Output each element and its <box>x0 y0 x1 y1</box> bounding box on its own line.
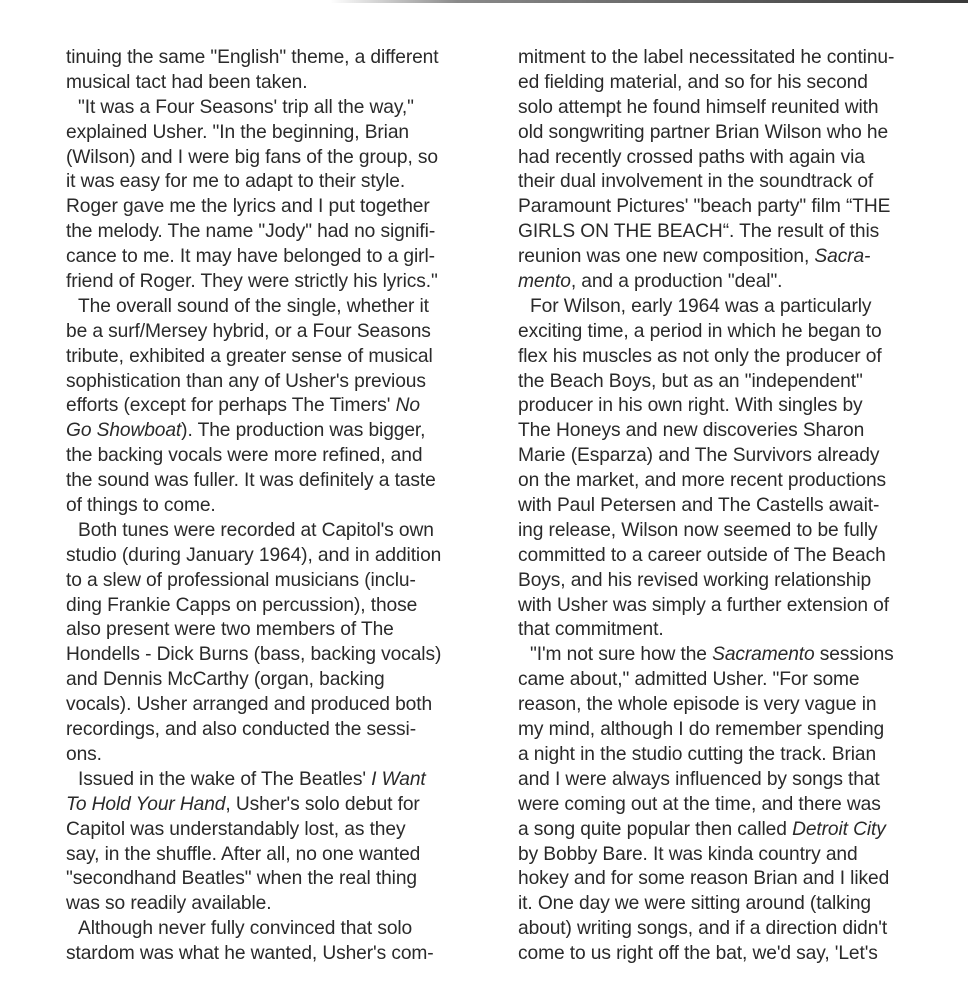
body-text: on the market, and more recent productio… <box>518 470 886 491</box>
text-line: also present were two members of The <box>66 618 506 643</box>
body-text: studio (during January 1964), and in add… <box>66 545 441 566</box>
paragraph-start-line: "I'm not sure how the Sacramento session… <box>518 643 958 668</box>
body-text: Roger gave me the lyrics and I put toget… <box>66 196 430 217</box>
body-text: Capitol was understandably lost, as they <box>66 819 405 840</box>
text-line: "secondhand Beatles" when the real thing <box>66 867 506 892</box>
body-text: vocals). Usher arranged and produced bot… <box>66 694 432 715</box>
body-text: musical tact had been taken. <box>66 72 307 93</box>
text-line: was so readily available. <box>66 892 506 917</box>
body-text: Boys, and his revised working relationsh… <box>518 570 871 591</box>
text-line: ding Frankie Capps on percussion), those <box>66 594 506 619</box>
text-line: it was easy for me to adapt to their sty… <box>66 170 506 195</box>
body-text: Both tunes were recorded at Capitol's ow… <box>78 520 434 541</box>
body-text: recordings, and also conducted the sessi… <box>66 719 416 740</box>
text-line: explained Usher. "In the beginning, Bria… <box>66 121 506 146</box>
text-line: GIRLS ON THE BEACH“. The result of this <box>518 220 958 245</box>
text-line: had recently crossed paths with again vi… <box>518 146 958 171</box>
body-text: For Wilson, early 1964 was a particularl… <box>530 296 871 317</box>
body-text: came about," admitted Usher. "For some <box>518 669 860 690</box>
text-line: old songwriting partner Brian Wilson who… <box>518 121 958 146</box>
text-line: Marie (Esparza) and The Survivors alread… <box>518 444 958 469</box>
body-text: come to us right off the bat, we'd say, … <box>518 943 878 964</box>
body-text: to a slew of professional musicians (inc… <box>66 570 416 591</box>
text-line: friend of Roger. They were strictly his … <box>66 270 506 295</box>
body-text: flex his muscles as not only the produce… <box>518 346 882 367</box>
body-text: with Usher was simply a further extensio… <box>518 595 889 616</box>
text-line: mitment to the label necessitated he con… <box>518 46 958 71</box>
body-text: that commitment. <box>518 619 664 640</box>
text-line: that commitment. <box>518 618 958 643</box>
text-line: say, in the shuffle. After all, no one w… <box>66 843 506 868</box>
body-text: were coming out at the time, and there w… <box>518 794 881 815</box>
body-text: reason, the whole episode is very vague … <box>518 694 876 715</box>
text-column-right: mitment to the label necessitated he con… <box>518 46 958 967</box>
text-line: exciting time, a period in which he bega… <box>518 320 958 345</box>
body-text: old songwriting partner Brian Wilson who… <box>518 122 888 143</box>
body-text: my mind, although I do remember spending <box>518 719 884 740</box>
text-line: the backing vocals were more refined, an… <box>66 444 506 469</box>
text-line: ing release, Wilson now seemed to be ful… <box>518 519 958 544</box>
body-text: tinuing the same "English" theme, a diff… <box>66 47 439 68</box>
text-line: (Wilson) and I were big fans of the grou… <box>66 146 506 171</box>
body-text: also present were two members of The <box>66 619 394 640</box>
body-text: ons. <box>66 744 102 765</box>
italic-title-text: Go Showboat <box>66 420 181 441</box>
body-text: committed to a career outside of The Bea… <box>518 545 886 566</box>
body-text: Issued in the wake of The Beatles' <box>78 769 371 790</box>
text-line: reason, the whole episode is very vague … <box>518 693 958 718</box>
italic-title-text: Sacra- <box>814 246 870 267</box>
body-text: Hondells - Dick Burns (bass, backing voc… <box>66 644 441 665</box>
italic-title-text: Sacramento <box>712 644 814 665</box>
body-text: ). The production was bigger, <box>181 420 425 441</box>
text-line: by Bobby Bare. It was kinda country and <box>518 843 958 868</box>
text-line: To Hold Your Hand, Usher's solo debut fo… <box>66 793 506 818</box>
body-text: by Bobby Bare. It was kinda country and <box>518 844 858 865</box>
body-text: with Paul Petersen and The Castells awai… <box>518 495 879 516</box>
body-text: Paramount Pictures' "beach party" film “… <box>518 196 890 217</box>
paragraph-start-line: Although never fully convinced that solo <box>66 917 506 942</box>
text-line: efforts (except for perhaps The Timers' … <box>66 394 506 419</box>
italic-title-text: No <box>396 395 420 416</box>
body-text: friend of Roger. They were strictly his … <box>66 271 438 292</box>
body-text: a song quite popular then called <box>518 819 792 840</box>
text-line: the melody. The name "Jody" had no signi… <box>66 220 506 245</box>
text-line: flex his muscles as not only the produce… <box>518 345 958 370</box>
body-text: and I were always influenced by songs th… <box>518 769 880 790</box>
text-line: vocals). Usher arranged and produced bot… <box>66 693 506 718</box>
text-line: cance to me. It may have belonged to a g… <box>66 245 506 270</box>
body-text: sophistication than any of Usher's previ… <box>66 371 426 392</box>
text-line: studio (during January 1964), and in add… <box>66 544 506 569</box>
text-line: hokey and for some reason Brian and I li… <box>518 867 958 892</box>
body-text: had recently crossed paths with again vi… <box>518 147 865 168</box>
text-line: ed fielding material, and so for his sec… <box>518 71 958 96</box>
body-text: (Wilson) and I were big fans of the grou… <box>66 147 438 168</box>
body-text: be a surf/Mersey hybrid, or a Four Seaso… <box>66 321 431 342</box>
italic-title-text: To Hold Your Hand <box>66 794 225 815</box>
body-text: it was easy for me to adapt to their sty… <box>66 171 405 192</box>
text-line: committed to a career outside of The Bea… <box>518 544 958 569</box>
paragraph-start-line: Issued in the wake of The Beatles' I Wan… <box>66 768 506 793</box>
text-line: the sound was fuller. It was definitely … <box>66 469 506 494</box>
italic-title-text: Detroit City <box>792 819 886 840</box>
text-line: came about," admitted Usher. "For some <box>518 668 958 693</box>
text-line: tinuing the same "English" theme, a diff… <box>66 46 506 71</box>
text-line: and I were always influenced by songs th… <box>518 768 958 793</box>
body-text: the Beach Boys, but as an "independent" <box>518 371 863 392</box>
body-text: "secondhand Beatles" when the real thing <box>66 868 417 889</box>
text-line: it. One day we were sitting around (talk… <box>518 892 958 917</box>
body-text: the sound was fuller. It was definitely … <box>66 470 436 491</box>
body-text: ding Frankie Capps on percussion), those <box>66 595 417 616</box>
text-line: come to us right off the bat, we'd say, … <box>518 942 958 967</box>
text-line: stardom was what he wanted, Usher's com- <box>66 942 506 967</box>
body-text: was so readily available. <box>66 893 271 914</box>
text-line: about) writing songs, and if a direction… <box>518 917 958 942</box>
body-text: The Honeys and new discoveries Sharon <box>518 420 864 441</box>
paragraph-start-line: Both tunes were recorded at Capitol's ow… <box>66 519 506 544</box>
text-line: their dual involvement in the soundtrack… <box>518 170 958 195</box>
body-text: GIRLS ON THE BEACH“. The result of this <box>518 221 879 242</box>
text-line: Roger gave me the lyrics and I put toget… <box>66 195 506 220</box>
body-text: hokey and for some reason Brian and I li… <box>518 868 889 889</box>
body-text: ed fielding material, and so for his sec… <box>518 72 868 93</box>
italic-title-text: I Want <box>371 769 426 790</box>
body-text: and Dennis McCarthy (organ, backing <box>66 669 385 690</box>
text-line: on the market, and more recent productio… <box>518 469 958 494</box>
body-text: the backing vocals were more refined, an… <box>66 445 422 466</box>
text-line: and Dennis McCarthy (organ, backing <box>66 668 506 693</box>
body-text: mitment to the label necessitated he con… <box>518 47 894 68</box>
text-line: reunion was one new composition, Sacra- <box>518 245 958 270</box>
text-line: of things to come. <box>66 494 506 519</box>
text-line: were coming out at the time, and there w… <box>518 793 958 818</box>
body-text: solo attempt he found himself reunited w… <box>518 97 878 118</box>
text-line: recordings, and also conducted the sessi… <box>66 718 506 743</box>
body-text: ing release, Wilson now seemed to be ful… <box>518 520 877 541</box>
text-line: be a surf/Mersey hybrid, or a Four Seaso… <box>66 320 506 345</box>
text-line: The Honeys and new discoveries Sharon <box>518 419 958 444</box>
text-column-left: tinuing the same "English" theme, a diff… <box>66 46 506 967</box>
body-text: it. One day we were sitting around (talk… <box>518 893 871 914</box>
body-text: exciting time, a period in which he bega… <box>518 321 882 342</box>
paragraph-start-line: "It was a Four Seasons' trip all the way… <box>66 96 506 121</box>
paragraph-start-line: The overall sound of the single, whether… <box>66 295 506 320</box>
body-text: about) writing songs, and if a direction… <box>518 918 887 939</box>
text-line: producer in his own right. With singles … <box>518 394 958 419</box>
body-text: , Usher's solo debut for <box>225 794 419 815</box>
text-line: my mind, although I do remember spending <box>518 718 958 743</box>
body-text: explained Usher. "In the beginning, Bria… <box>66 122 409 143</box>
body-text: producer in his own right. With singles … <box>518 395 863 416</box>
body-text: a night in the studio cutting the track.… <box>518 744 876 765</box>
text-line: Boys, and his revised working relationsh… <box>518 569 958 594</box>
body-text: their dual involvement in the soundtrack… <box>518 171 873 192</box>
body-text: tribute, exhibited a greater sense of mu… <box>66 346 433 367</box>
body-text: , and a production "deal". <box>571 271 783 292</box>
text-line: ons. <box>66 743 506 768</box>
body-text: of things to come. <box>66 495 216 516</box>
text-line: to a slew of professional musicians (inc… <box>66 569 506 594</box>
text-line: solo attempt he found himself reunited w… <box>518 96 958 121</box>
body-text: Marie (Esparza) and The Survivors alread… <box>518 445 879 466</box>
text-line: the Beach Boys, but as an "independent" <box>518 370 958 395</box>
body-text: Although never fully convinced that solo <box>78 918 412 939</box>
body-text: "I'm not sure how the <box>530 644 712 665</box>
text-line: mento, and a production "deal". <box>518 270 958 295</box>
text-line: sophistication than any of Usher's previ… <box>66 370 506 395</box>
paragraph-start-line: For Wilson, early 1964 was a particularl… <box>518 295 958 320</box>
body-text: the melody. The name "Jody" had no signi… <box>66 221 435 242</box>
body-text: stardom was what he wanted, Usher's com- <box>66 943 434 964</box>
text-line: a night in the studio cutting the track.… <box>518 743 958 768</box>
body-text: The overall sound of the single, whether… <box>78 296 429 317</box>
text-line: a song quite popular then called Detroit… <box>518 818 958 843</box>
body-text: reunion was one new composition, <box>518 246 814 267</box>
text-line: with Paul Petersen and The Castells awai… <box>518 494 958 519</box>
text-line: Hondells - Dick Burns (bass, backing voc… <box>66 643 506 668</box>
body-text: "It was a Four Seasons' trip all the way… <box>78 97 414 118</box>
body-text: cance to me. It may have belonged to a g… <box>66 246 435 267</box>
body-text: sessions <box>815 644 894 665</box>
body-text: say, in the shuffle. After all, no one w… <box>66 844 420 865</box>
italic-title-text: mento <box>518 271 571 292</box>
body-text: efforts (except for perhaps The Timers' <box>66 395 396 416</box>
text-line: with Usher was simply a further extensio… <box>518 594 958 619</box>
text-line: musical tact had been taken. <box>66 71 506 96</box>
text-line: Go Showboat). The production was bigger, <box>66 419 506 444</box>
text-line: tribute, exhibited a greater sense of mu… <box>66 345 506 370</box>
text-line: Capitol was understandably lost, as they <box>66 818 506 843</box>
text-line: Paramount Pictures' "beach party" film “… <box>518 195 958 220</box>
scanned-page-top-edge <box>330 0 968 3</box>
